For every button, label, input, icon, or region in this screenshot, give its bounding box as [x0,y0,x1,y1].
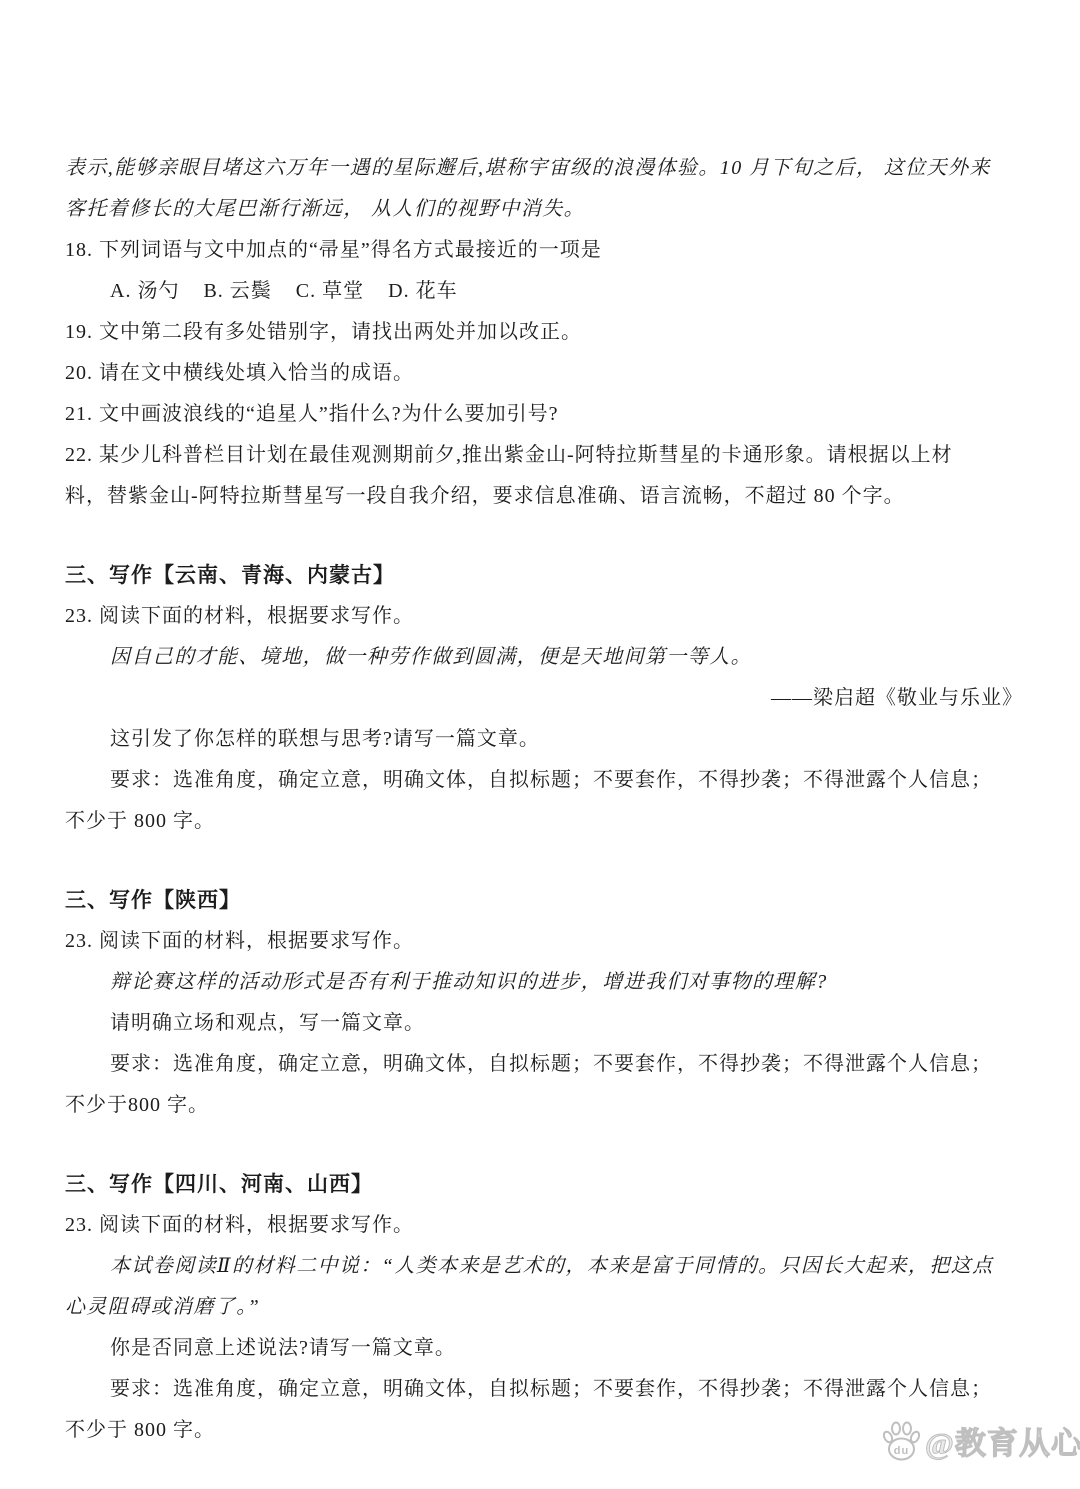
question-22-line-2: 料，替紫金山-阿特拉斯彗星写一段自我介绍，要求信息准确、语言流畅，不超过 80 … [65,476,1025,517]
task-line: 23. 阅读下面的材料，根据要求写作。 [65,596,1025,637]
question-22-line-1: 22. 某少儿科普栏目计划在最佳观测期前夕,推出紫金山-阿特拉斯彗星的卡通形象。… [65,435,1025,476]
baidu-paw-icon: du [882,1421,920,1461]
requirements-line-2: 不少于 800 字。 [65,801,1025,842]
section-sichuan-henan-shanxi: 三、写作【四川、河南、山西】 23. 阅读下面的材料，根据要求写作。 本试卷阅读… [65,1164,1025,1451]
question-20: 20. 请在文中横线处填入恰当的成语。 [65,353,1025,394]
material-quote-line-1: 本试卷阅读Ⅱ的材料二中说：“人类本来是艺术的，本来是富于同情的。只因长大起来，把… [65,1246,1025,1287]
requirements-line-2: 不少于 800 字。 [65,1410,1025,1451]
passage-line: 客托着修长的大尾巴渐行渐远， 从人们的视野中消失。 [65,189,1025,230]
material-quote-line-2: 心灵阻碍或消磨了。” [65,1287,1025,1328]
question-18-options: A. 汤勺 B. 云鬓 C. 草堂 D. 花车 [65,271,1025,312]
question-18: 18. 下列词语与文中加点的“帚星”得名方式最接近的一项是 [65,230,1025,271]
material-quote: 辩论赛这样的活动形式是否有利于推动知识的进步，增进我们对事物的理解? [65,962,1025,1003]
task-line: 23. 阅读下面的材料，根据要求写作。 [65,1205,1025,1246]
material-quote: 因自己的才能、境地，做一种劳作做到圆满，便是天地间第一等人。 [65,637,1025,678]
prompt-line: 请明确立场和观点，写一篇文章。 [65,1003,1025,1044]
passage-line: 表示,能够亲眼目堵这六万年一遇的星际邂后,堪称宇宙级的浪漫体验。10 月下旬之后… [65,148,1025,189]
prompt-line: 这引发了你怎样的联想与思考?请写一篇文章。 [65,719,1025,760]
section-heading: 三、写作【云南、青海、内蒙古】 [65,555,1025,596]
section-heading: 三、写作【四川、河南、山西】 [65,1164,1025,1205]
quote-attribution: ——梁启超《敬业与乐业》 [65,678,1025,719]
task-line: 23. 阅读下面的材料，根据要求写作。 [65,921,1025,962]
prompt-line: 你是否同意上述说法?请写一篇文章。 [65,1328,1025,1369]
requirements-line-2: 不少于800 字。 [65,1085,1025,1126]
section-shaanxi: 三、写作【陕西】 23. 阅读下面的材料，根据要求写作。 辩论赛这样的活动形式是… [65,880,1025,1126]
section-heading: 三、写作【陕西】 [65,880,1025,921]
question-19: 19. 文中第二段有多处错别字，请找出两处并加以改正。 [65,312,1025,353]
requirements-line-1: 要求：选准角度，确定立意，明确文体，自拟标题；不要套作，不得抄袭；不得泄露个人信… [65,1369,1025,1410]
section-yunnan-qinghai-neimenggu: 三、写作【云南、青海、内蒙古】 23. 阅读下面的材料，根据要求写作。 因自己的… [65,555,1025,842]
question-21: 21. 文中画波浪线的“追星人”指什么?为什么要加引号? [65,394,1025,435]
svg-text:du: du [894,1445,909,1457]
exam-page: 表示,能够亲眼目堵这六万年一遇的星际邂后,堪称宇宙级的浪漫体验。10 月下旬之后… [0,0,1080,1451]
watermark-text: @教育从心出 [925,1418,1080,1463]
requirements-line-1: 要求：选准角度，确定立意，明确文体，自拟标题；不要套作，不得抄袭；不得泄露个人信… [65,1044,1025,1085]
watermark: du @教育从心出 [882,1418,1080,1463]
requirements-line-1: 要求：选准角度，确定立意，明确文体，自拟标题；不要套作，不得抄袭；不得泄露个人信… [65,760,1025,801]
